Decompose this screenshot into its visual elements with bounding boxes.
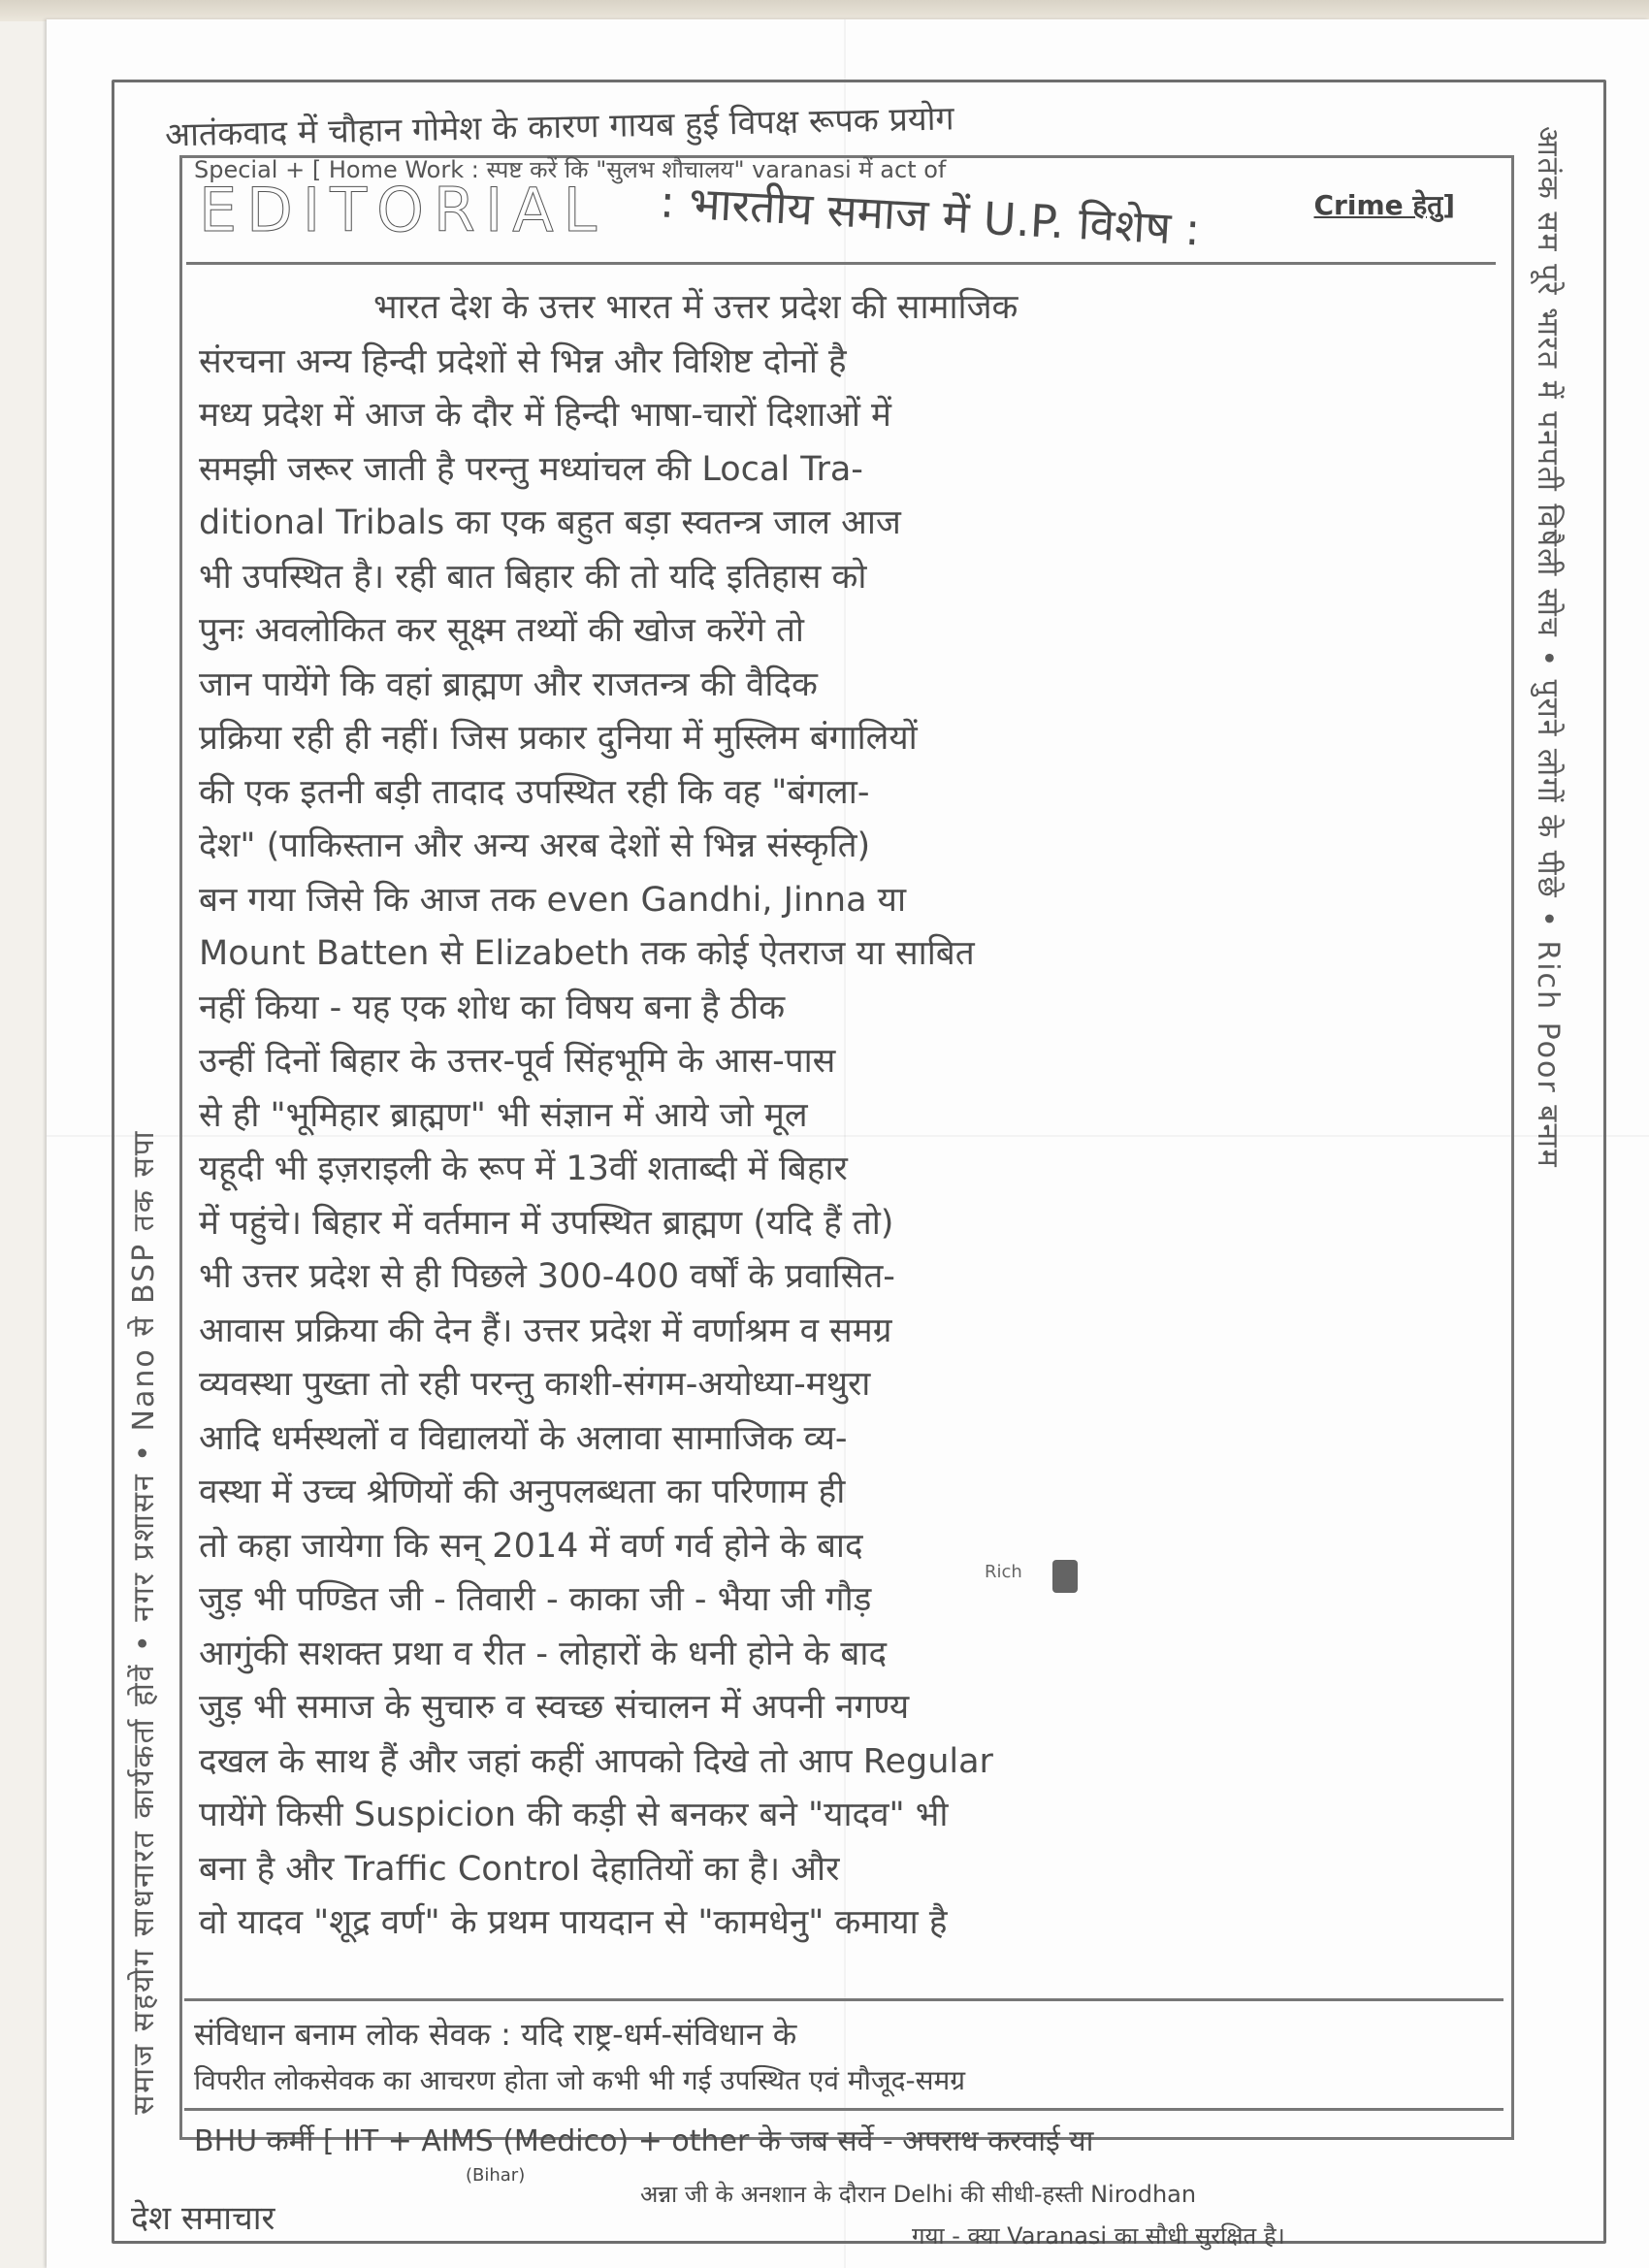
- body-line: तो कहा जायेगा कि सन् 2014 में वर्ण गर्व …: [199, 1520, 1499, 1574]
- bottom-box-line-2: विपरीत लोकसेवक का आचरण होता जो कभी भी गई…: [194, 2061, 965, 2098]
- bottom-line-3: BHU कर्मी [ IIT + AIMS (Medico) + other …: [194, 2120, 1093, 2159]
- body-line: आदि धर्मस्थलों व विद्यालयों के अलावा साम…: [199, 1412, 1499, 1467]
- desh-samachar-label: देश समाचार: [131, 2194, 275, 2239]
- body-line: उन्हीं दिनों बिहार के उत्तर-पूर्व सिंहभू…: [199, 1035, 1499, 1089]
- bottom-line-4: अन्ना जी के अनशान के दौरान Delhi की सीधी…: [640, 2178, 1196, 2210]
- bottom-line-5: गया - क्या Varanasi का सौधी सुरक्षित है।: [912, 2219, 1285, 2252]
- body-line: वस्था में उच्च श्रेणियों की अनुपलब्धता क…: [199, 1466, 1499, 1520]
- body-line: यहूदी भी इज़राइली के रूप में 13वीं शताब्…: [199, 1143, 1499, 1197]
- body-line: जुड़ भी समाज के सुचारु व स्वच्छ संचालन म…: [199, 1681, 1499, 1735]
- body-line: दखल के साथ हैं और जहां कहीं आपको दिखे तो…: [199, 1735, 1499, 1790]
- body-line: Mount Batten से Elizabeth तक कोई ऐतराज य…: [199, 927, 1499, 982]
- right-margin-text: आतंक सम पूरे भारत में पनपती विषैली सोच •…: [1528, 126, 1568, 2066]
- body-line: जुड़ भी पण्डित जी - तिवारी - काका जी - भ…: [199, 1573, 1499, 1628]
- body-line: आगुंकी सशक्त प्रथा व रीत - लोहारों के धन…: [199, 1628, 1499, 1682]
- body-line: में पहुंचे। बिहार में वर्तमान में उपस्थि…: [199, 1197, 1499, 1251]
- page-title: EDITORIAL: [199, 175, 606, 245]
- bihar-note: (Bihar): [466, 2165, 525, 2186]
- body-line: भी उपस्थित है। रही बात बिहार की तो यदि इ…: [199, 551, 1499, 605]
- body-line: मध्य प्रदेश में आज के दौर में हिन्दी भाष…: [199, 389, 1499, 443]
- bottom-box-line-1: संविधान बनाम लोक सेवक : यदि राष्ट्र-धर्म…: [194, 2013, 796, 2055]
- body-line: देश" (पाकिस्तान और अन्य अरब देशों से भिन…: [199, 820, 1499, 874]
- body-line: संरचना अन्य हिन्दी प्रदेशों से भिन्न और …: [199, 336, 1499, 390]
- body-line: पुनः अवलोकित कर सूक्ष्म तथ्यों की खोज कर…: [199, 604, 1499, 659]
- rich-annotation: Rich: [985, 1562, 1022, 1582]
- body-line: जान पायेंगे कि वहां ब्राह्मण और राजतन्त्…: [199, 659, 1499, 713]
- body-line: ditional Tribals का एक बहुत बड़ा स्वतन्त…: [199, 497, 1499, 551]
- body-line: पायेंगे किसी Suspicion की कड़ी से बनकर ब…: [199, 1789, 1499, 1843]
- body-line: से ही "भूमिहार ब्राह्मण" भी संज्ञान में …: [199, 1089, 1499, 1144]
- body-line: समझी जरूर जाती है परन्तु मध्यांचल की Loc…: [199, 443, 1499, 498]
- body-line: व्यवस्था पुख्ता तो रही परन्तु काशी-संगम-…: [199, 1358, 1499, 1412]
- left-margin-text: समाज सहयोग साधनारत कार्यकर्ता होवें • नग…: [124, 175, 164, 2115]
- body-line: आवास प्रक्रिया की देन हैं। उत्तर प्रदेश …: [199, 1305, 1499, 1359]
- body-line: भारत देश के उत्तर भारत में उत्तर प्रदेश …: [199, 281, 1499, 336]
- scan-edge: [0, 0, 1649, 21]
- body-line: की एक इतनी बड़ी तादाद उपस्थित रही कि वह …: [199, 766, 1499, 821]
- editorial-body: भारत देश के उत्तर भारत में उत्तर प्रदेश …: [199, 281, 1499, 1951]
- body-line: भी उत्तर प्रदेश से ही पिछले 300-400 वर्ष…: [199, 1250, 1499, 1305]
- body-line: प्रक्रिया रही ही नहीं। जिस प्रकार दुनिया…: [199, 712, 1499, 766]
- body-line: नहीं किया - यह एक शोध का विषय बना है ठीक: [199, 982, 1499, 1036]
- body-line: बना है और Traffic Control देहातियों का ह…: [199, 1843, 1499, 1897]
- body-line: बन गया जिसे कि आज तक even Gandhi, Jinna …: [199, 874, 1499, 928]
- pencil-scribble: [1052, 1560, 1078, 1593]
- body-line: वो यादव "शूद्र वर्ण" के प्रथम पायदान से …: [199, 1896, 1499, 1951]
